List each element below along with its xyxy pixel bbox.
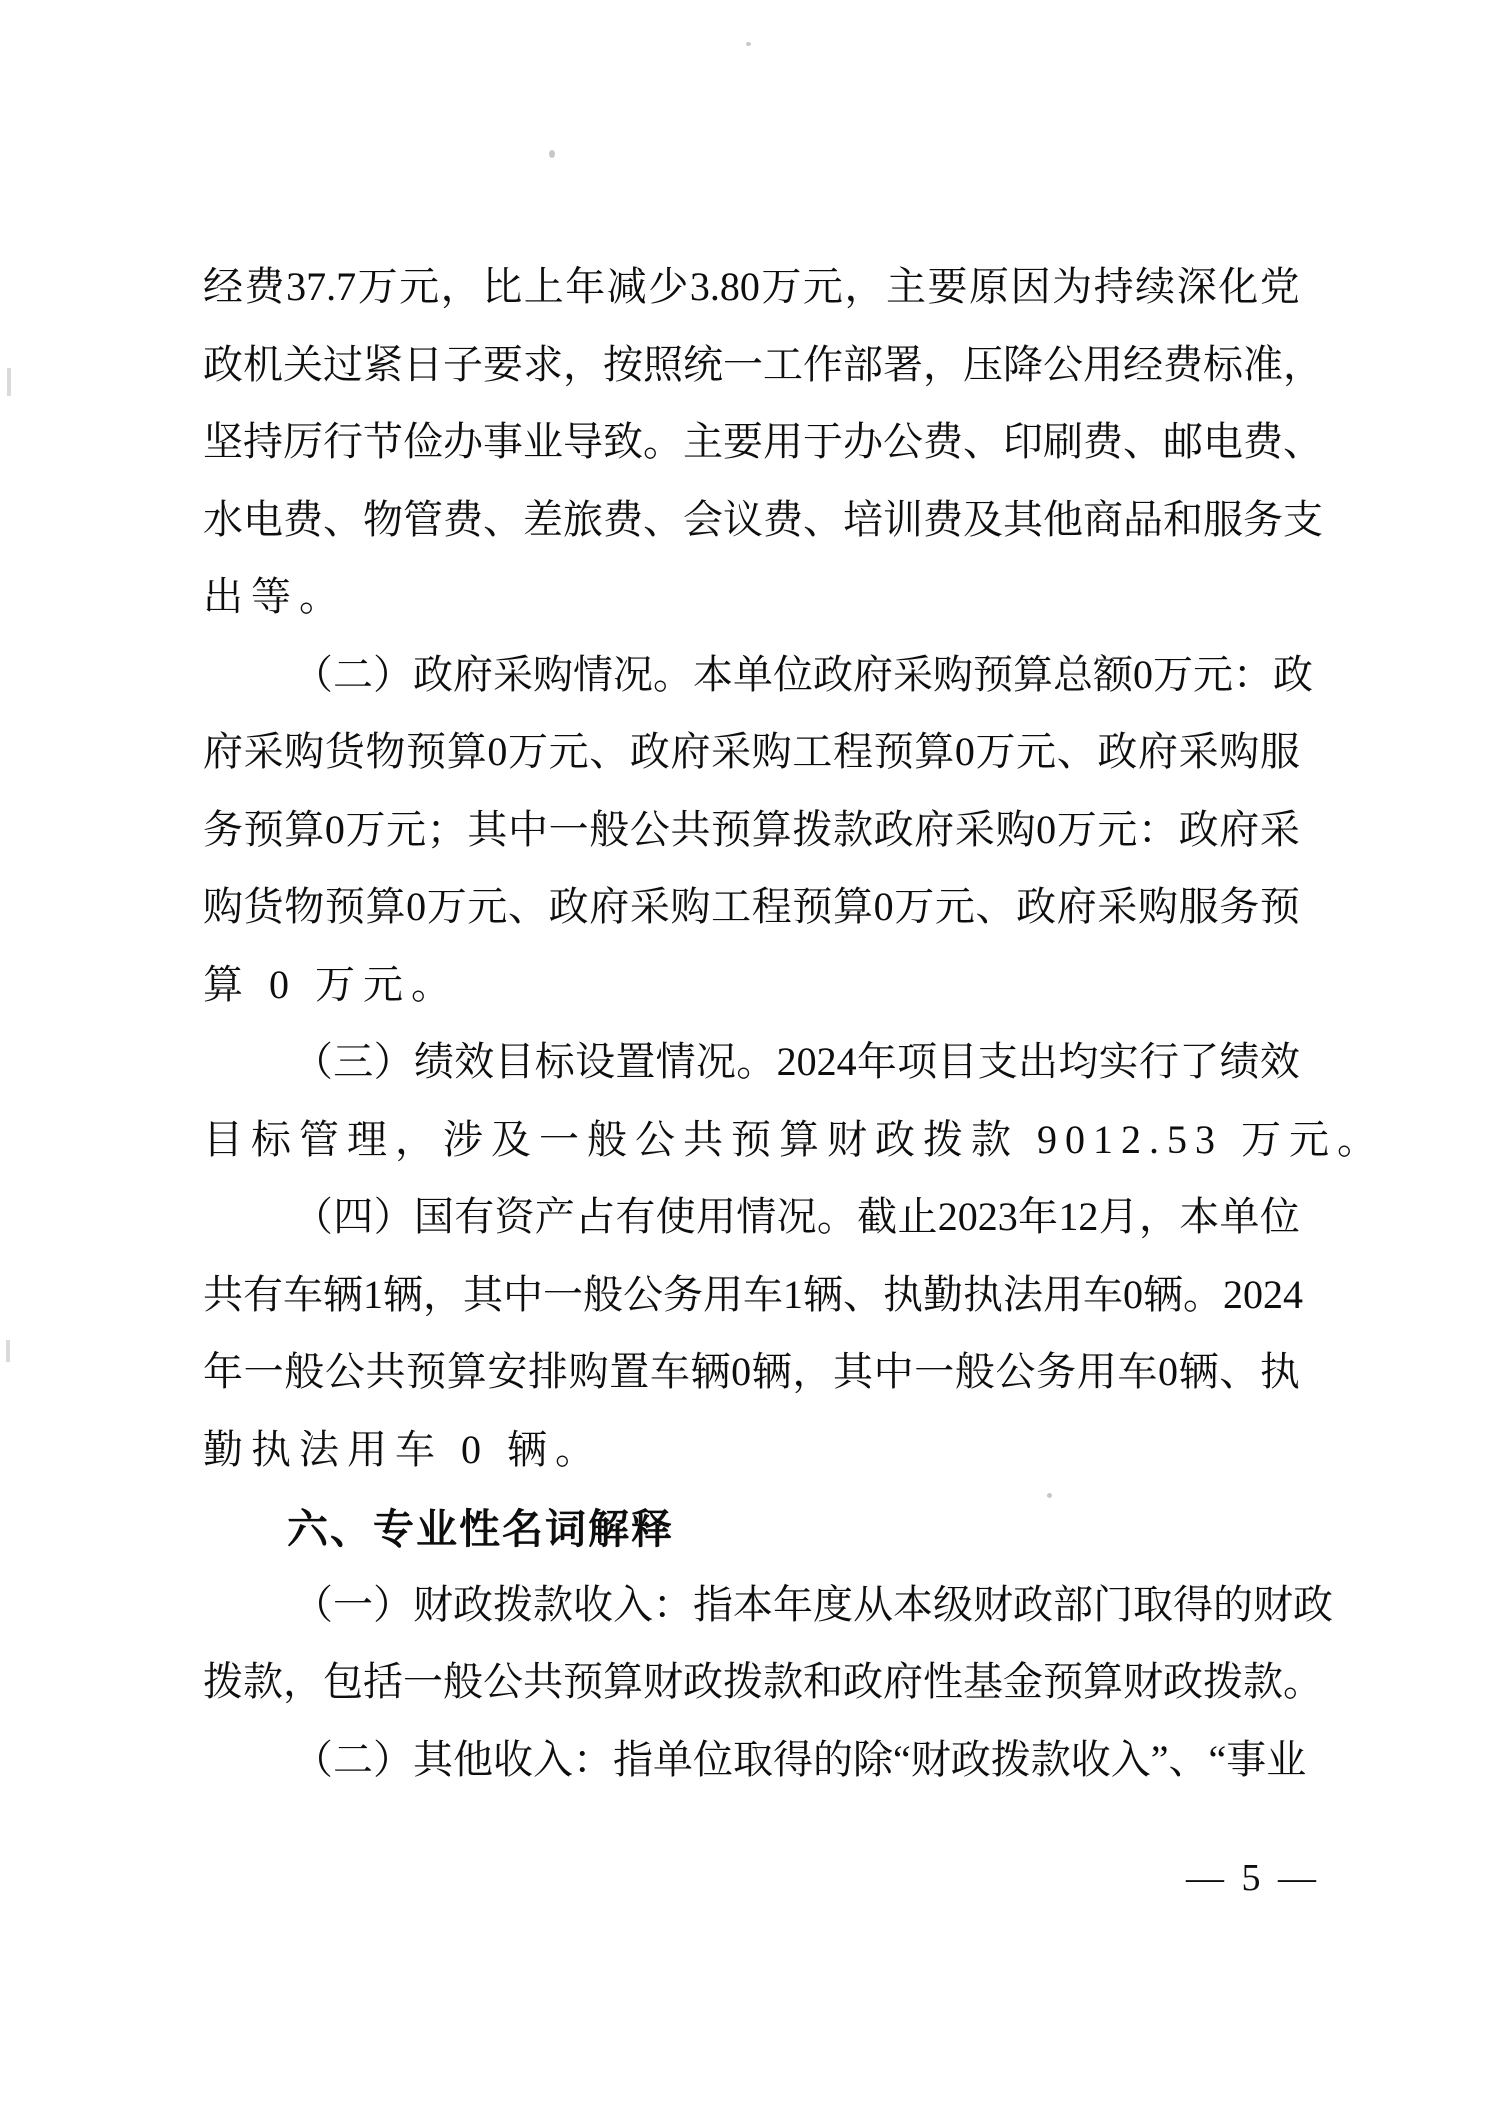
document-text-block: 经费37.7万元，比上年减少3.80万元，主要原因为持续深化党 政机关过紧日子要… [203,0,1300,2105]
scanned-document-page: 经费37.7万元，比上年减少3.80万元，主要原因为持续深化党 政机关过紧日子要… [0,0,1488,2105]
text-line: 务预算0万元；其中一般公共预算拨款政府采购0万元：政府采 [203,806,1300,856]
scan-artifact [1047,1493,1052,1498]
scan-artifact [929,742,934,747]
text-line: （二）其他收入：指单位取得的除“财政拨款收入”、“事业 [203,1736,1300,1786]
scan-artifact [6,1340,10,1362]
text-line: （四）国有资产占有使用情况。截止2023年12月，本单位 [203,1193,1300,1243]
text-line: （三）绩效目标设置情况。2024年项目支出均实行了绩效 [203,1038,1300,1088]
text-line: 年一般公共预算安排购置车辆0辆，其中一般公务用车0辆、执 [203,1348,1300,1398]
scan-artifact [549,150,555,158]
text-line: 府采购货物预算0万元、政府采购工程预算0万元、政府采购服 [203,728,1300,778]
text-line: 勤执法用车 0 辆。 [203,1426,1300,1476]
text-line: 水电费、物管费、差旅费、会议费、培训费及其他商品和服务支 [203,496,1300,546]
text-line: 政机关过紧日子要求，按照统一工作部署，压降公用经费标准， [203,341,1300,391]
text-line: 出等。 [203,573,1300,623]
text-line: 拨款，包括一般公共预算财政拨款和政府性基金预算财政拨款。 [203,1658,1300,1708]
scan-artifact [746,42,751,46]
text-line: （一）财政拨款收入：指本年度从本级财政部门取得的财政 [203,1581,1300,1631]
page-number: — 5 — [1186,1856,1320,1900]
section-heading: 六、专业性名词解释 [203,1505,1384,1555]
text-line: 经费37.7万元，比上年减少3.80万元，主要原因为持续深化党 [203,263,1300,313]
text-line: 目标管理，涉及一般公共预算财政拨款 9012.53 万元。 [203,1116,1300,1166]
scan-artifact [7,368,11,396]
text-line: 算 0 万元。 [203,961,1300,1011]
text-line: （二）政府采购情况。本单位政府采购预算总额0万元：政 [203,651,1300,701]
text-line: 购货物预算0万元、政府采购工程预算0万元、政府采购服务预 [203,883,1300,933]
text-line: 共有车辆1辆，其中一般公务用车1辆、执勤执法用车0辆。2024 [203,1271,1300,1321]
text-line: 坚持厉行节俭办事业导致。主要用于办公费、印刷费、邮电费、 [203,418,1300,468]
